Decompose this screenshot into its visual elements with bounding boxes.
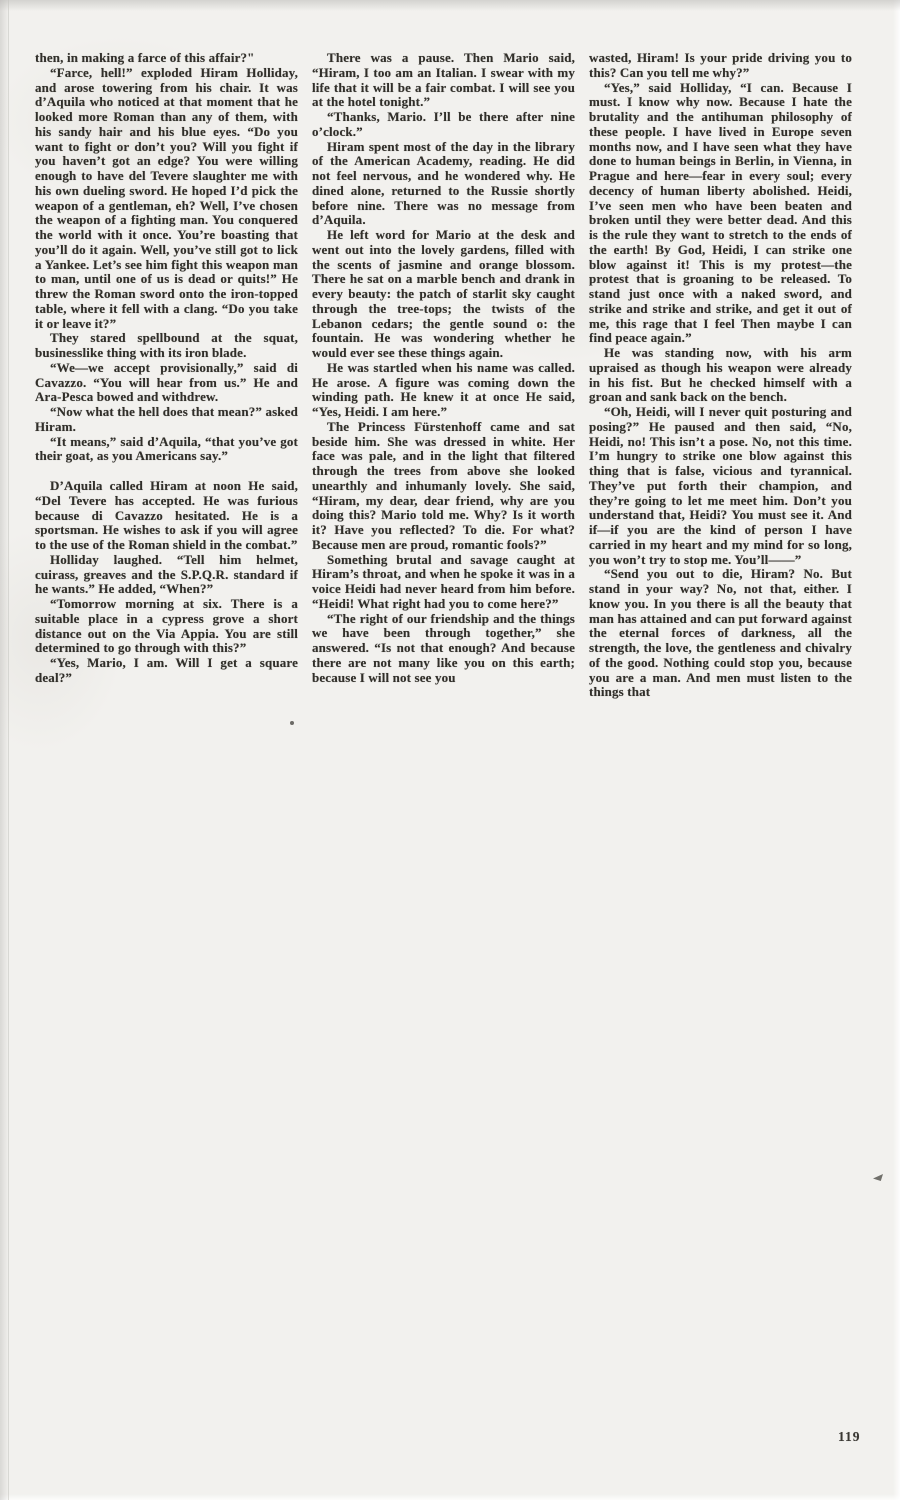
paragraph: Holliday laughed. “Tell him helmet, cuir… <box>35 553 298 597</box>
paragraph: “Send you out to die, Hiram? No. But sta… <box>589 567 852 700</box>
paragraph: Hiram spent most of the day in the libra… <box>312 140 575 229</box>
paragraph: There was a pause. Then Mario said, “Hir… <box>312 51 575 110</box>
paragraph: “It means,” said d’Aquila, “that you’ve … <box>35 435 298 465</box>
paragraph: then, in making a farce of this affair?" <box>35 51 298 66</box>
text-column-left: then, in making a farce of this affair?"… <box>35 51 298 686</box>
scanned-book-page: then, in making a farce of this affair?"… <box>0 0 900 1500</box>
text-column-right: wasted, Hiram! Is your pride driving you… <box>589 51 852 700</box>
paragraph: “Thanks, Mario. I’ll be there after nine… <box>312 110 575 140</box>
paragraph: The Princess Fürstenhoff came and sat be… <box>312 420 575 553</box>
paragraph: “Yes,” said Holliday, “I can. Because I … <box>589 81 852 347</box>
paragraph: Something brutal and savage caught at Hi… <box>312 553 575 612</box>
scan-speck <box>873 1174 883 1181</box>
paragraph: He left word for Mario at the desk and w… <box>312 228 575 361</box>
paragraph: “The right of our friendship and the thi… <box>312 612 575 686</box>
paragraph: “Tomorrow morning at six. There is a sui… <box>35 597 298 656</box>
page-number: 119 <box>838 1429 861 1445</box>
paragraph: He was startled when his name was called… <box>312 361 575 420</box>
paragraph: “We—we accept provisionally,” said di Ca… <box>35 361 298 405</box>
paragraph: D’Aquila called Hiram at noon He said, “… <box>35 479 298 553</box>
text-column-middle: There was a pause. Then Mario said, “Hir… <box>312 51 575 685</box>
paragraph: “Oh, Heidi, will I never quit posturing … <box>589 405 852 567</box>
paragraph: “Now what the hell does that mean?” aske… <box>35 405 298 435</box>
paragraph: “Yes, Mario, I am. Will I get a square d… <box>35 656 298 686</box>
paragraph: They stared spellbound at the squat, bus… <box>35 331 298 361</box>
end-of-section-dot <box>290 721 294 725</box>
paragraph: wasted, Hiram! Is your pride driving you… <box>589 51 852 81</box>
paragraph: “Farce, hell!” exploded Hiram Holliday, … <box>35 66 298 332</box>
scan-edge-line <box>8 0 9 1500</box>
paragraph: He was standing now, with his arm uprais… <box>589 346 852 405</box>
